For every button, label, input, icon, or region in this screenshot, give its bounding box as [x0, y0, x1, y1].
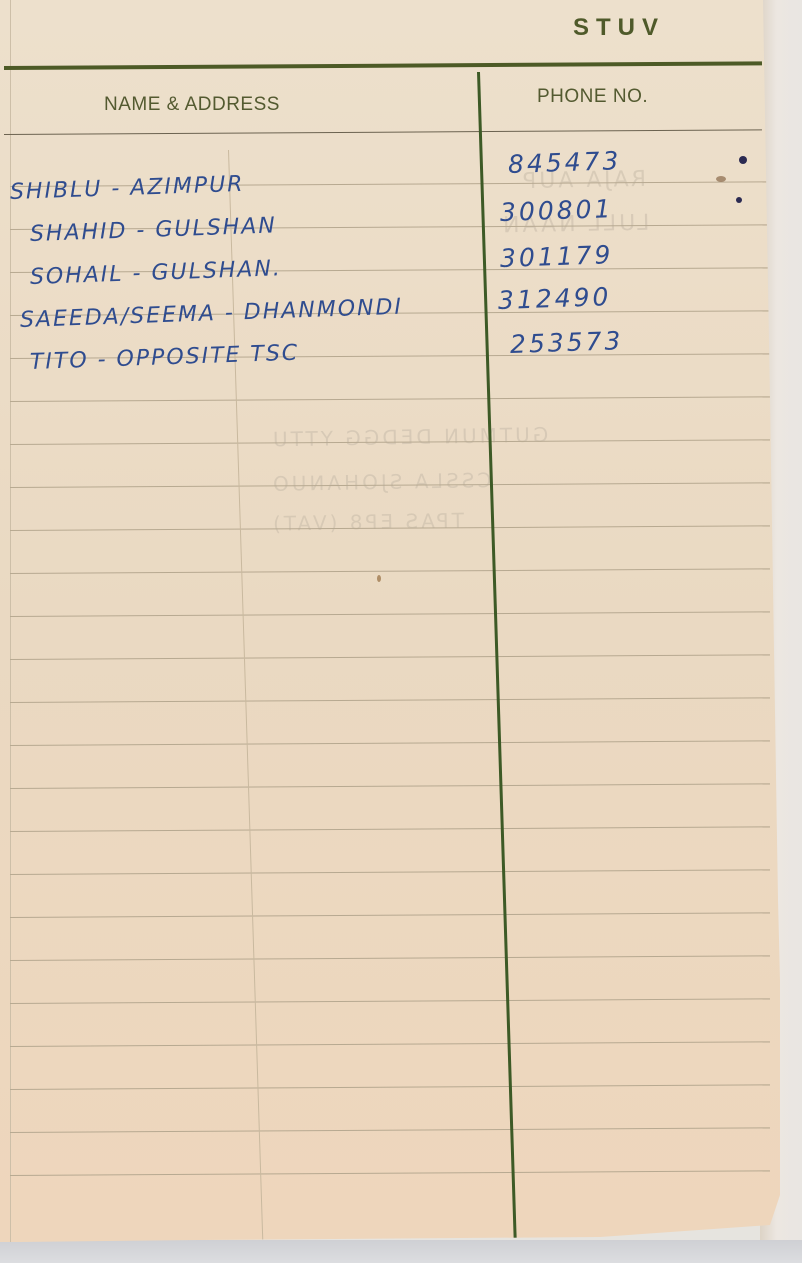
background-surface-bottom: [0, 1240, 802, 1263]
entry-name-address: SOHAIL - GULSHAN.: [30, 256, 283, 290]
ruled-line: [10, 783, 770, 789]
entry-name-address: TITO - OPPOSITE TSC: [30, 341, 300, 375]
entry-phone: 301179: [499, 240, 613, 273]
ruled-line: [10, 740, 770, 746]
ruled-line: [10, 1084, 770, 1090]
index-letters: STUV: [573, 14, 665, 42]
ruled-line: [10, 1170, 770, 1176]
entry-name-address: SHAHID - GULSHAN: [30, 213, 278, 247]
ink-spot: [736, 197, 742, 203]
entry-phone: 300801: [499, 194, 613, 227]
ruled-line: [10, 611, 770, 617]
entry-phone: 312490: [497, 282, 611, 315]
stain-spot: [377, 575, 381, 582]
stain-spot: [716, 176, 726, 182]
column-header-phone: PHONE NO.: [537, 86, 648, 108]
entry-phone: 845473: [507, 146, 621, 179]
bleed-through-text: CSSLA SJOHANUO: [270, 468, 492, 496]
address-book-page: STUV NAME & ADDRESS PHONE NO. RAJA AUP L…: [0, 0, 780, 1242]
ruled-line: [10, 869, 770, 875]
entry-phone: 253573: [509, 326, 623, 359]
ruled-line: [10, 568, 770, 574]
entry-name-address: SAEEDA/SEEMA - DHANMONDI: [20, 295, 404, 333]
ruled-line: [10, 396, 770, 402]
ruled-line: [10, 697, 770, 703]
ruled-line: [10, 912, 770, 918]
header-bottom-rule: [4, 129, 762, 135]
bleed-through-text: GUTMUN DEDGG YTTU: [270, 423, 549, 452]
entry-name-address: SHIBLU - AZIMPUR: [10, 172, 245, 205]
bleed-through-text: TPAS EP8 (VAT): [270, 508, 464, 535]
ruled-line: [10, 1127, 770, 1133]
ruled-line: [10, 654, 770, 660]
ruled-line: [10, 1041, 770, 1047]
ink-spot: [739, 156, 747, 164]
header-top-rule: [4, 61, 762, 70]
ruled-line: [10, 826, 770, 832]
column-header-name-address: NAME & ADDRESS: [104, 94, 280, 116]
ruled-line: [10, 998, 770, 1004]
ruled-line: [10, 955, 770, 961]
